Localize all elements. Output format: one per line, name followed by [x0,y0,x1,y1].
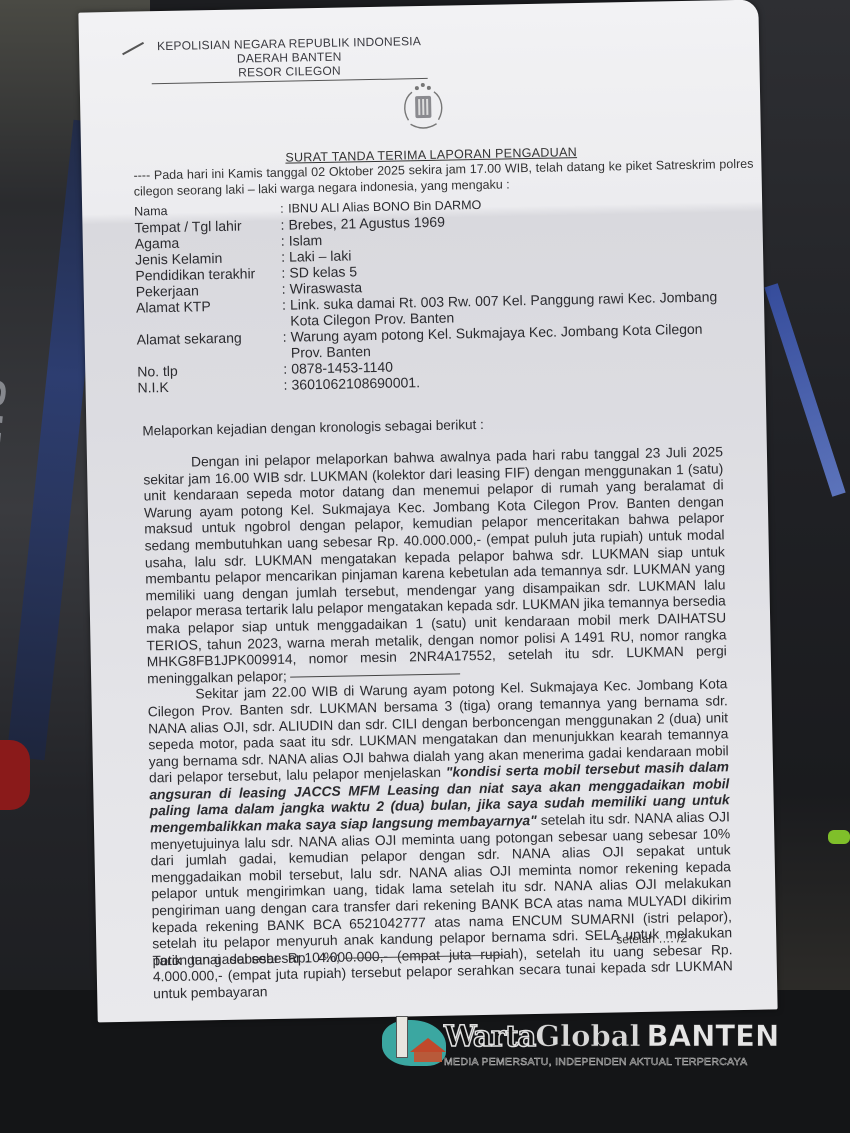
chronology-body: Dengan ini pelapor melaporkan bahwa awal… [143,444,733,1003]
dash-line [344,954,504,959]
watermark-tagline: MEDIA PEMERSATU, INDEPENDEN AKTUAL TERPE… [444,1056,747,1068]
reporter-identity: Nama:IBNU ALI Alias BONO Bin DARMOTempat… [134,192,738,395]
watermark-brand: WartaGlobalBANTEN [444,1020,779,1053]
report-paper: KEPOLISIAN NEGARA REPUBLIK INDONESIA DAE… [78,0,777,1022]
brand-global: Global [535,1019,640,1053]
brand-warta: Warta [444,1019,535,1053]
chronology-lead: Melaporkan kejadian dengan kronologis se… [142,417,484,439]
identity-label: Alamat KTP [136,297,283,332]
traditional-house-icon [414,1052,442,1062]
traditional-house-roof-icon [410,1038,446,1052]
background-red-object [0,740,30,810]
dash-line [291,672,461,677]
background-green-object [828,830,850,844]
lighthouse-icon [396,1016,408,1058]
watermark-logo: WartaGlobalBANTEN MEDIA PEMERSATU, INDEP… [378,1014,798,1074]
page-continuation: setelah …. /2 [616,931,687,946]
identity-label: N.I.K [137,377,283,396]
letterhead: KEPOLISIAN NEGARA REPUBLIK INDONESIA DAE… [139,34,440,85]
chronology-paragraph-1: Dengan ini pelapor melaporkan bahwa awal… [143,444,727,687]
paragraph-2-text-b: setelah itu sdr. NANA alias OJI menyetuj… [150,809,733,1001]
police-emblem-icon [398,80,449,135]
identity-label: Alamat sekarang [137,329,284,364]
paragraph-1-text: Dengan ini pelapor melaporkan bahwa awal… [143,444,727,686]
brand-banten: BANTEN [647,1019,780,1053]
